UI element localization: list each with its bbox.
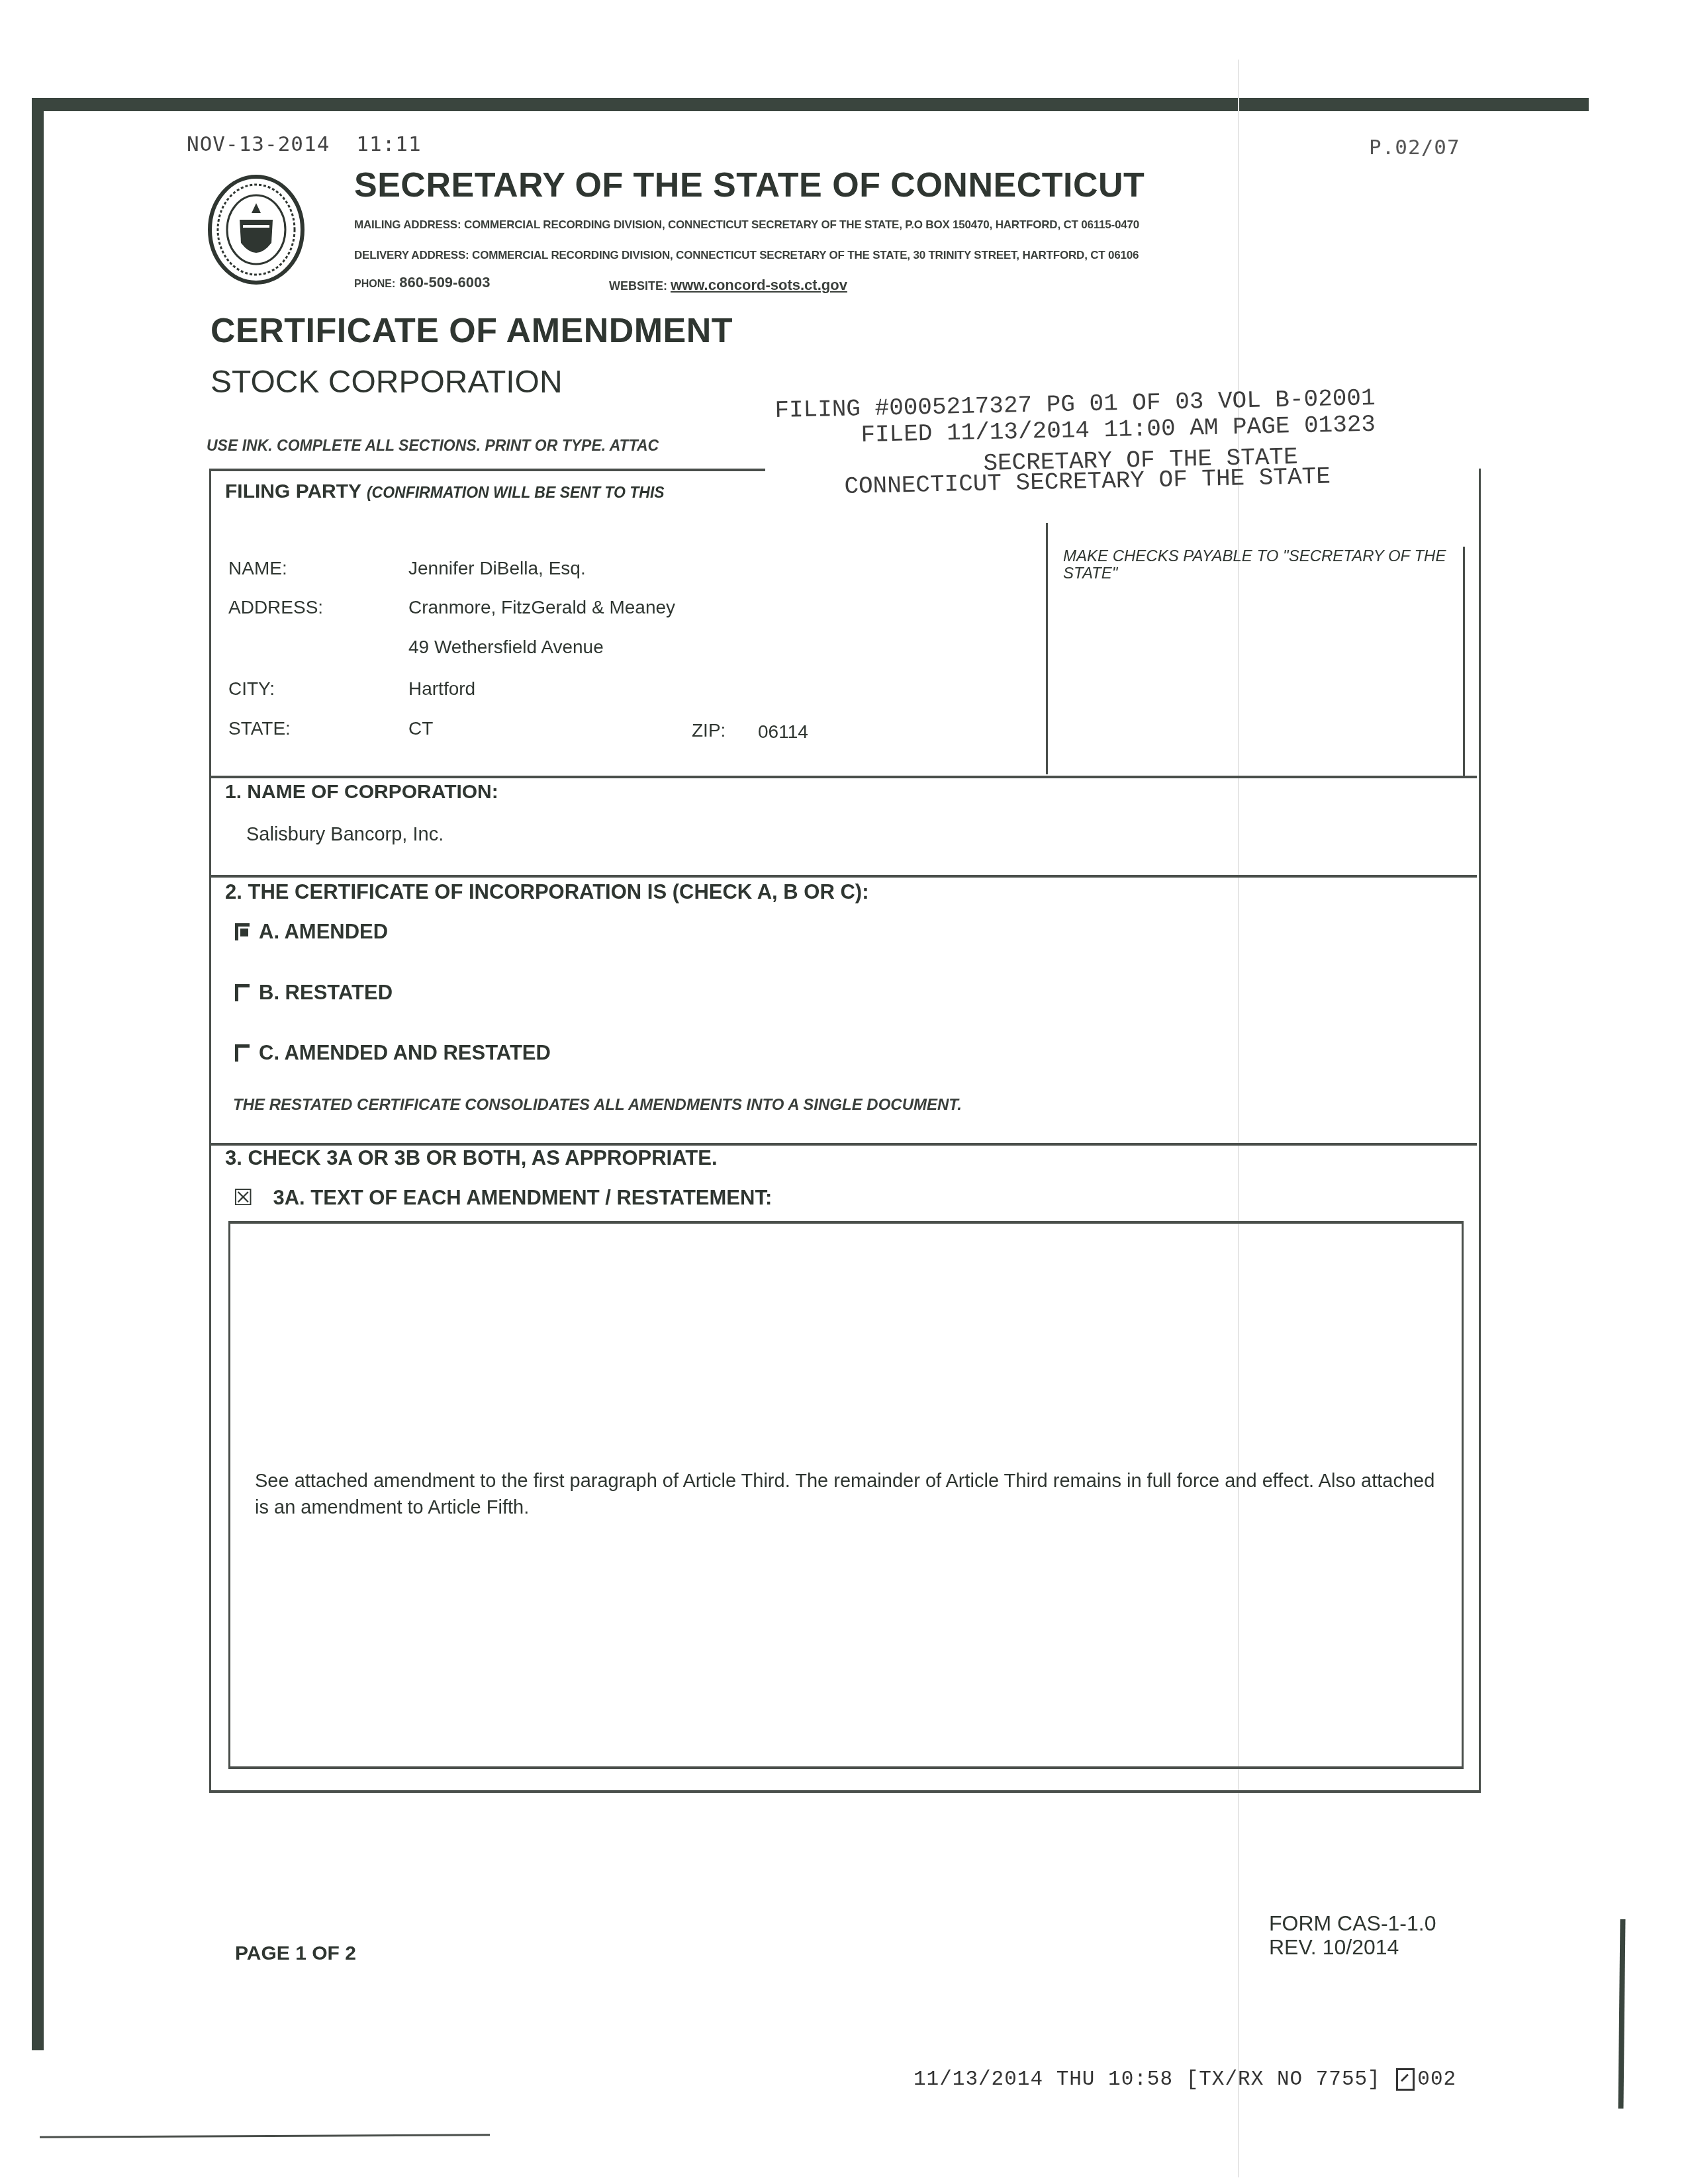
address-label: ADDRESS:	[228, 597, 323, 618]
phone-label: PHONE:	[354, 279, 395, 290]
delivery-address-label: DELIVERY ADDRESS:	[354, 249, 469, 261]
option-amended-label: A. AMENDED	[259, 920, 388, 944]
mailing-address-label: MAILING ADDRESS:	[354, 218, 461, 231]
scan-bottom-line	[40, 2134, 490, 2138]
name-field[interactable]: Jennifer DiBella, Esq.	[408, 558, 586, 579]
mailing-address-value: COMMERCIAL RECORDING DIVISION, CONNECTIC…	[464, 218, 1139, 231]
checkbox-x-icon[interactable]: ☒	[233, 1187, 253, 1209]
fax-header: NOV-13-201411:11	[187, 132, 422, 156]
divider	[1463, 547, 1465, 778]
city-label: CITY:	[228, 678, 275, 700]
section-3-heading: 3. CHECK 3A OR 3B OR BOTH, AS APPROPRIAT…	[225, 1146, 718, 1170]
section-1-heading: 1. NAME OF CORPORATION:	[225, 781, 498, 803]
option-amended-and-restated[interactable]: C. AMENDED AND RESTATED	[235, 1041, 551, 1065]
city-field[interactable]: Hartford	[408, 678, 475, 700]
form-number: FORM CAS-1-1.0 REV. 10/2014	[1269, 1911, 1436, 1959]
divider	[209, 776, 1477, 778]
form-title: CERTIFICATE OF AMENDMENT	[211, 311, 733, 351]
state-field[interactable]: CT	[408, 718, 433, 739]
section-2-heading: 2. THE CERTIFICATE OF INCORPORATION IS (…	[225, 880, 868, 904]
fax-icon	[1396, 2068, 1415, 2091]
option-amended-and-restated-label: C. AMENDED AND RESTATED	[259, 1041, 551, 1065]
option-amended[interactable]: A. AMENDED	[235, 920, 388, 944]
scan-frame-left	[32, 98, 44, 2050]
zip-field[interactable]: 06114	[758, 721, 808, 743]
filing-party-note: (CONFIRMATION WILL BE SENT TO THIS	[367, 484, 665, 501]
fax-date: NOV-13-2014	[187, 132, 330, 156]
address-field-line-2[interactable]: 49 Wethersfield Avenue	[408, 637, 604, 658]
restated-note: THE RESTATED CERTIFICATE CONSOLIDATES AL…	[233, 1096, 962, 1115]
website-link[interactable]: www.concord-sots.ct.gov	[671, 277, 847, 293]
divider	[209, 469, 765, 471]
option-3a-label: 3A. TEXT OF EACH AMENDMENT / RESTATEMENT…	[273, 1186, 772, 1210]
form-subtitle: STOCK CORPORATION	[211, 364, 563, 400]
form-revision: REV. 10/2014	[1269, 1935, 1436, 1959]
filing-party-title: FILING PARTY	[225, 480, 361, 502]
zip-label: ZIP:	[692, 720, 726, 741]
website-label: WEBSITE:	[609, 279, 667, 293]
agency-phone: PHONE: 860-509-6003	[354, 274, 490, 291]
checkbox-empty-icon[interactable]	[235, 984, 250, 1001]
checkbox-checked-icon[interactable]	[235, 923, 250, 940]
agency-website: WEBSITE: www.concord-sots.ct.gov	[609, 277, 847, 294]
scan-frame-right	[1618, 1919, 1626, 2109]
divider	[209, 1143, 1477, 1146]
delivery-address: DELIVERY ADDRESS: COMMERCIAL RECORDING D…	[354, 249, 1139, 262]
option-restated-label: B. RESTATED	[259, 981, 393, 1005]
option-3a[interactable]: ☒ 3A. TEXT OF EACH AMENDMENT / RESTATEME…	[233, 1186, 772, 1210]
address-field-line-1[interactable]: Cranmore, FitzGerald & Meaney	[408, 597, 675, 618]
state-seal-icon	[207, 173, 306, 286]
mailing-address: MAILING ADDRESS: COMMERCIAL RECORDING DI…	[354, 218, 1139, 232]
divider	[209, 875, 1477, 878]
page-indicator: PAGE 1 OF 2	[235, 1942, 356, 1965]
name-label: NAME:	[228, 558, 287, 579]
delivery-address-value: COMMERCIAL RECORDING DIVISION, CONNECTIC…	[472, 249, 1139, 261]
option-restated[interactable]: B. RESTATED	[235, 981, 393, 1005]
state-label: STATE:	[228, 718, 291, 739]
checkbox-empty-icon[interactable]	[235, 1044, 250, 1062]
agency-name: SECRETARY OF THE STATE OF CONNECTICUT	[354, 165, 1145, 205]
fax-time: 11:11	[356, 132, 421, 156]
form-id: FORM CAS-1-1.0	[1269, 1911, 1436, 1935]
amendment-text: See attached amendment to the first para…	[255, 1468, 1446, 1521]
scan-frame-top	[32, 98, 1589, 111]
fax-footer: 11/13/2014 THU 10:58 [TX/RX NO 7755] 002	[914, 2068, 1456, 2091]
phone-value: 860-509-6003	[399, 274, 490, 291]
fax-transmission-line: 11/13/2014 THU 10:58 [TX/RX NO 7755]	[914, 2068, 1381, 2091]
fax-page-counter: P.02/07	[1369, 136, 1460, 159]
filing-party-heading: FILING PARTY (CONFIRMATION WILL BE SENT …	[225, 480, 665, 503]
checks-payable-note: MAKE CHECKS PAYABLE TO "SECRETARY OF THE…	[1063, 548, 1454, 583]
fax-footer-page: 002	[1417, 2068, 1456, 2091]
corporation-name-field[interactable]: Salisbury Bancorp, Inc.	[246, 824, 444, 846]
form-instructions: USE INK. COMPLETE ALL SECTIONS. PRINT OR…	[207, 437, 659, 455]
